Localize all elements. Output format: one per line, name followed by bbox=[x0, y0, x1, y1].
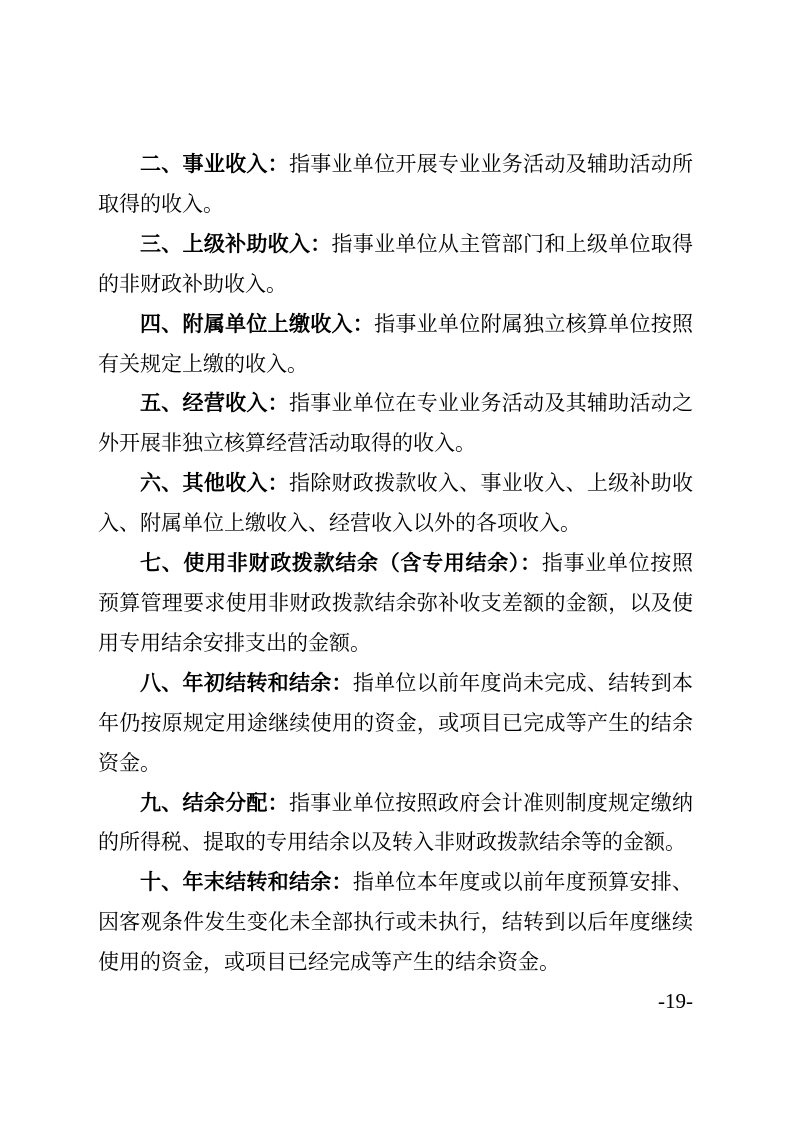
term-heading: 九、结余分配： bbox=[140, 791, 289, 815]
term-heading: 八、年初结转和结余： bbox=[140, 671, 353, 695]
definition-paragraph: 六、其他收入：指除财政拨款收入、事业收入、上级补助收入、附属单位上缴收入、经营收… bbox=[98, 464, 693, 544]
document-content: 二、事业收入：指事业单位开展专业业务活动及辅助活动所取得的收入。 三、上级补助收… bbox=[98, 145, 693, 983]
page-number: -19- bbox=[658, 991, 693, 1012]
term-heading: 十、年末结转和结余： bbox=[140, 870, 353, 894]
document-page: 二、事业收入：指事业单位开展专业业务活动及辅助活动所取得的收入。 三、上级补助收… bbox=[0, 0, 793, 1122]
definition-paragraph: 七、使用非财政拨款结余（含专用结余）：指事业单位按照预算管理要求使用非财政拨款结… bbox=[98, 544, 693, 664]
term-heading: 三、上级补助收入： bbox=[140, 232, 332, 256]
definition-paragraph: 五、经营收入：指事业单位在专业业务活动及其辅助活动之外开展非独立核算经营活动取得… bbox=[98, 384, 693, 464]
definition-paragraph: 八、年初结转和结余：指单位以前年度尚未完成、结转到本年仍按原规定用途继续使用的资… bbox=[98, 664, 693, 784]
definition-paragraph: 三、上级补助收入：指事业单位从主管部门和上级单位取得的非财政补助收入。 bbox=[98, 225, 693, 305]
term-heading: 七、使用非财政拨款结余（含专用结余）： bbox=[140, 551, 542, 575]
term-heading: 五、经营收入： bbox=[140, 391, 289, 415]
term-heading: 四、附属单位上缴收入： bbox=[140, 312, 374, 336]
definition-paragraph: 九、结余分配：指事业单位按照政府会计准则制度规定缴纳的所得税、提取的专用结余以及… bbox=[98, 784, 693, 864]
definition-paragraph: 二、事业收入：指事业单位开展专业业务活动及辅助活动所取得的收入。 bbox=[98, 145, 693, 225]
term-heading: 二、事业收入： bbox=[140, 152, 289, 176]
definition-paragraph: 四、附属单位上缴收入：指事业单位附属独立核算单位按照有关规定上缴的收入。 bbox=[98, 305, 693, 385]
definition-paragraph: 十、年末结转和结余：指单位本年度或以前年度预算安排、因客观条件发生变化未全部执行… bbox=[98, 863, 693, 983]
term-heading: 六、其他收入： bbox=[140, 471, 289, 495]
